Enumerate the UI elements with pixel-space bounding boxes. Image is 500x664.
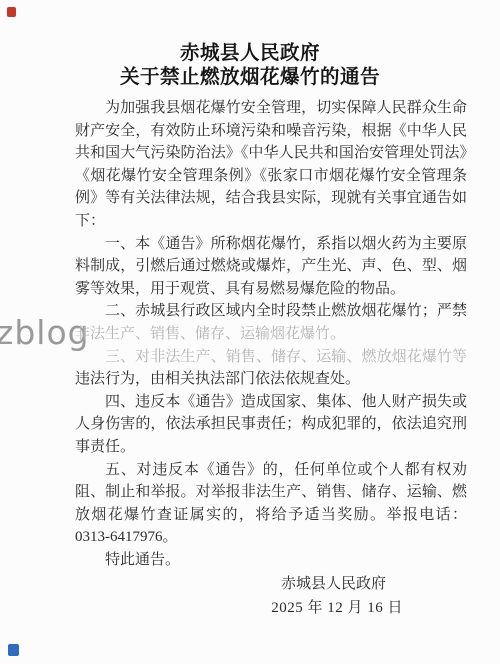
paragraph-closing: 特此通告。	[75, 549, 467, 572]
document-body: 为加强我县烟花爆竹安全管理，切实保障人民群众生命财产安全，有效防止环境污染和噪音…	[0, 97, 500, 571]
blue-bookmark-icon	[8, 644, 19, 656]
signature-block: 赤城县人民政府 2025 年 12 月 16 日	[0, 572, 500, 620]
paragraph-text: 特此通告。	[105, 552, 180, 568]
title-issuer-line: 赤城县人民政府	[0, 42, 500, 66]
paragraph-item-1: 一、本《通告》所称烟花爆竹，系指以烟火药为主要原料制成，引燃后通过燃烧或爆炸，产…	[75, 233, 467, 301]
paragraph-item-5: 五、对违反本《通告》的，任何单位或个人都有权劝阻、制止和举报。对举报非法生产、销…	[75, 459, 467, 549]
paragraph-text: 为加强我县烟花爆竹安全管理，切实保障人民群众生命财产安全，有效防止环境污染和噪音…	[75, 100, 467, 229]
paragraph-text: 一、本《通告》所称烟花爆竹，系指以烟火药为主要原料制成，引燃后通过燃烧或爆炸，产…	[75, 236, 467, 297]
notice-screenshot: zblog 赤城县人民政府 关于禁止燃放烟花爆竹的通告 为加强我县烟花爆竹安全管…	[0, 0, 500, 664]
paragraph-item-3: 三、对非法生产、销售、储存、运输、燃放烟花爆竹等违法行为，由相关执法部门依法依规…	[75, 346, 467, 391]
document-title: 赤城县人民政府 关于禁止燃放烟花爆竹的通告	[0, 0, 500, 89]
paragraph-text-faded: 三、对非法生产、销售、储存、运输、燃放烟花爆竹等	[105, 349, 467, 365]
paragraph-text: 二、赤城县行政区域内全时段禁止燃放烟花爆竹；严禁	[105, 303, 467, 319]
paragraph-text: 四、违反本《通告》造成国家、集体、他人财产损失或人身伤害的，依法承担民事责任；构…	[75, 394, 467, 455]
red-seal-icon	[7, 7, 16, 17]
signature-issuer: 赤城县人民政府	[0, 572, 403, 596]
paragraph-text: 五、对违反本《通告》的，任何单位或个人都有权劝阻、制止和举报。对举报非法生产、销…	[75, 462, 467, 546]
paragraph-item-2: 二、赤城县行政区域内全时段禁止燃放烟花爆竹；严禁非法生产、销售、储存、运输烟花爆…	[75, 300, 467, 345]
paragraph-intro: 为加强我县烟花爆竹安全管理，切实保障人民群众生命财产安全，有效防止环境污染和噪音…	[75, 97, 467, 233]
paragraph-text-faded: 非法生产、销售、储存、运输烟花爆竹。	[75, 326, 345, 342]
paragraph-item-4: 四、违反本《通告》造成国家、集体、他人财产损失或人身伤害的，依法承担民事责任；构…	[75, 391, 467, 459]
title-subject-line: 关于禁止燃放烟花爆竹的通告	[0, 66, 500, 90]
paragraph-text: 违法行为，由相关执法部门依法依规查处。	[75, 371, 360, 387]
signature-date: 2025 年 12 月 16 日	[0, 596, 403, 620]
notice-document: 赤城县人民政府 关于禁止燃放烟花爆竹的通告 为加强我县烟花爆竹安全管理，切实保障…	[0, 0, 500, 620]
